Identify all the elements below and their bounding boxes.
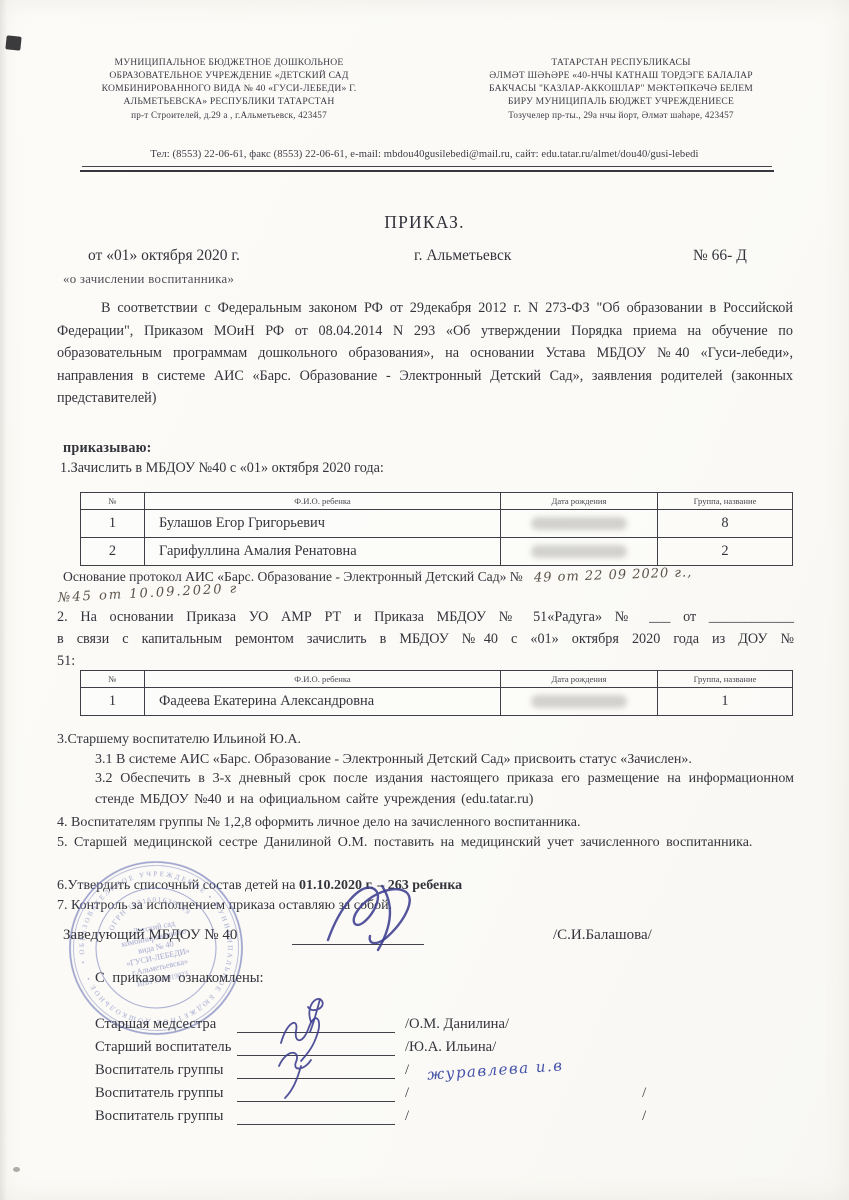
redacted-dob [501, 538, 658, 566]
order-subject: «о зачислении воспитанника» [63, 272, 234, 287]
sig-row-vospitatel-3: Воспитатель группы / / [95, 1102, 775, 1125]
table-row: 2 Гарифуллина Амалия Ренатовна 2 [81, 538, 793, 566]
signature-line [237, 1106, 395, 1125]
order-number: № 66- Д [693, 247, 747, 265]
header-rule-thick [80, 170, 774, 172]
signature-squiggle [295, 988, 335, 1034]
preamble-paragraph: В соответствии с Федеральным законом РФ … [57, 297, 793, 410]
item3-text: 3.Старшему воспитателю Ильиной Ю.А. [57, 729, 795, 750]
col-group: Группа, название [658, 671, 793, 688]
redacted-dob [501, 510, 658, 538]
sig-row-starshy-vospitatel: Старший воспитатель /Ю.А. Ильина/ [95, 1033, 775, 1056]
org-line: БАКЧАСЫ "КАЗЛАР-АККОШЛАР" МӘКТӘПКӘЧӘ БЕЛ… [432, 82, 810, 95]
sig-slash: / [405, 1085, 409, 1102]
signature-line [237, 1014, 395, 1033]
basis-line: Основание протокол АИС «Барс. Образовани… [63, 569, 693, 585]
item4-text: 4. Воспитателям группы № 1,2,8 оформить … [57, 812, 795, 833]
sig-label: Старшая медсестра [95, 1016, 237, 1033]
col-num: № [81, 671, 145, 688]
scan-artifact-corner [5, 35, 21, 50]
basis-printed: Основание протокол АИС «Барс. Образовани… [63, 569, 523, 584]
order-city: г. Альметьевск [414, 247, 511, 265]
table-header-row: № Ф.И.О. ребенка Дата рождения Группа, н… [81, 493, 793, 510]
col-dob: Дата рождения [501, 493, 658, 510]
scan-artifact-dot [13, 1167, 20, 1172]
col-num: № [81, 493, 145, 510]
org-name-russian: МУНИЦИПАЛЬНОЕ БЮДЖЕТНОЕ ДОШКОЛЬНОЕ ОБРАЗ… [40, 56, 418, 122]
org-line: КОМБИНИРОВАННОГО ВИДА № 40 «ГУСИ-ЛЕБЕДИ»… [40, 82, 418, 95]
table-row: 1 Фадеева Екатерина Александровна 1 [81, 688, 793, 716]
sig-name: /О.М. Данилина/ [405, 1016, 509, 1033]
handwritten-protocol-number: 49 от 22 09 2020 г., [534, 565, 693, 586]
scanned-order-document: МУНИЦИПАЛЬНОЕ БЮДЖЕТНОЕ ДОШКОЛЬНОЕ ОБРАЗ… [0, 0, 849, 1200]
enrollment-table-1: № Ф.И.О. ребенка Дата рождения Группа, н… [80, 492, 793, 566]
signature-line [237, 1060, 395, 1079]
col-group: Группа, название [658, 493, 793, 510]
org-line: АЛЬМЕТЬЕВСКА» РЕСПУБЛИКИ ТАТАРСТАН [40, 95, 418, 108]
sig-slash: / [405, 1108, 409, 1125]
col-dob: Дата рождения [501, 671, 658, 688]
enrollment-table-2: № Ф.И.О. ребенка Дата рождения Группа, н… [80, 670, 793, 716]
sig-label: Воспитатель группы [95, 1085, 237, 1102]
sig-name: /Ю.А. Ильина/ [405, 1039, 496, 1056]
signature-line [237, 1083, 395, 1102]
acknowledged-heading: С приказом ознакомлены: [95, 970, 264, 987]
item3-1-text: 3.1 В системе АИС «Барс. Образование - Э… [95, 749, 795, 770]
header-rule-thin [82, 166, 772, 167]
item2-paragraph: 2. На основании Приказа УО АМР РТ и Прик… [57, 606, 794, 672]
org-name-tatar: ТАТАРСТАН РЕСПУБЛИКАСЫ ӘЛМӘТ ШӘҺӘРЕ «40-… [432, 56, 810, 122]
org-address: Тозучелер пр-ты., 29а нчы йорт, Әлмәт шә… [432, 109, 810, 122]
sig-row-vospitatel-1: Воспитатель группы / журавлева и.в [95, 1056, 775, 1079]
item3-2-text: 3.2 Обеспечить в 3-х дневный срок после … [95, 768, 794, 810]
sig-row-medsestra: Старшая медсестра /О.М. Данилина/ [95, 1010, 775, 1033]
sig-slash: / [642, 1108, 646, 1125]
org-line: БИРУ МУНИЦИПАЛЬ БЮДЖЕТ УЧРЕЖДЕНИЕСЕ [432, 95, 810, 108]
org-address: пр-т Строителей, д.29 а , г.Альметьевск,… [40, 109, 418, 122]
sig-label: Воспитатель группы [95, 1062, 237, 1079]
item5-text: 5. Старшей медицинской сестре Данилиной … [57, 832, 795, 853]
signature-line [237, 1037, 395, 1056]
sig-label: Старший воспитатель [95, 1039, 237, 1056]
table-row: 1 Булашов Егор Григорьевич 8 [81, 510, 793, 538]
item2-line: в связи с капитальным ремонтом зачислить… [57, 628, 794, 650]
table-header-row: № Ф.И.О. ребенка Дата рождения Группа, н… [81, 671, 793, 688]
sig-label: Воспитатель группы [95, 1108, 237, 1125]
sig-slash: / [642, 1085, 646, 1102]
contact-line: Тел: (8553) 22-06-61, факс (8553) 22-06-… [0, 149, 849, 160]
col-fio: Ф.И.О. ребенка [145, 493, 501, 510]
org-line: ӘЛМӘТ ШӘҺӘРЕ «40-НЧЫ КАТНАШ ТОРДЭГЕ БАЛА… [432, 69, 810, 82]
org-line: ТАТАРСТАН РЕСПУБЛИКАСЫ [432, 56, 810, 69]
org-line: ОБРАЗОВАТЕЛЬНОЕ УЧРЕЖДЕНИЕ «ДЕТСКИЙ САД [40, 69, 418, 82]
item1-text: 1.Зачислить в МБДОУ №40 с «01» октября 2… [60, 460, 384, 477]
document-title: ПРИКАЗ. [0, 212, 849, 233]
director-title: Заведующий МБДОУ № 40 [63, 927, 237, 944]
sig-slash: / [405, 1062, 409, 1079]
director-name: /С.И.Балашова/ [553, 927, 652, 944]
order-date: от «01» октября 2020 г. [88, 247, 240, 265]
item2-line: 2. На основании Приказа УО АМР РТ и Прик… [57, 606, 794, 628]
sig-row-vospitatel-2: Воспитатель группы / / [95, 1079, 775, 1102]
org-line: МУНИЦИПАЛЬНОЕ БЮДЖЕТНОЕ ДОШКОЛЬНОЕ [40, 56, 418, 69]
director-signature [318, 876, 430, 962]
col-fio: Ф.И.О. ребенка [145, 671, 501, 688]
order-word: приказываю: [63, 440, 152, 457]
item2-line: 51: [57, 650, 794, 672]
redacted-dob [501, 688, 658, 716]
acknowledgement-rows: Старшая медсестра /О.М. Данилина/ Старши… [95, 1010, 775, 1125]
letterhead: МУНИЦИПАЛЬНОЕ БЮДЖЕТНОЕ ДОШКОЛЬНОЕ ОБРАЗ… [40, 56, 810, 122]
